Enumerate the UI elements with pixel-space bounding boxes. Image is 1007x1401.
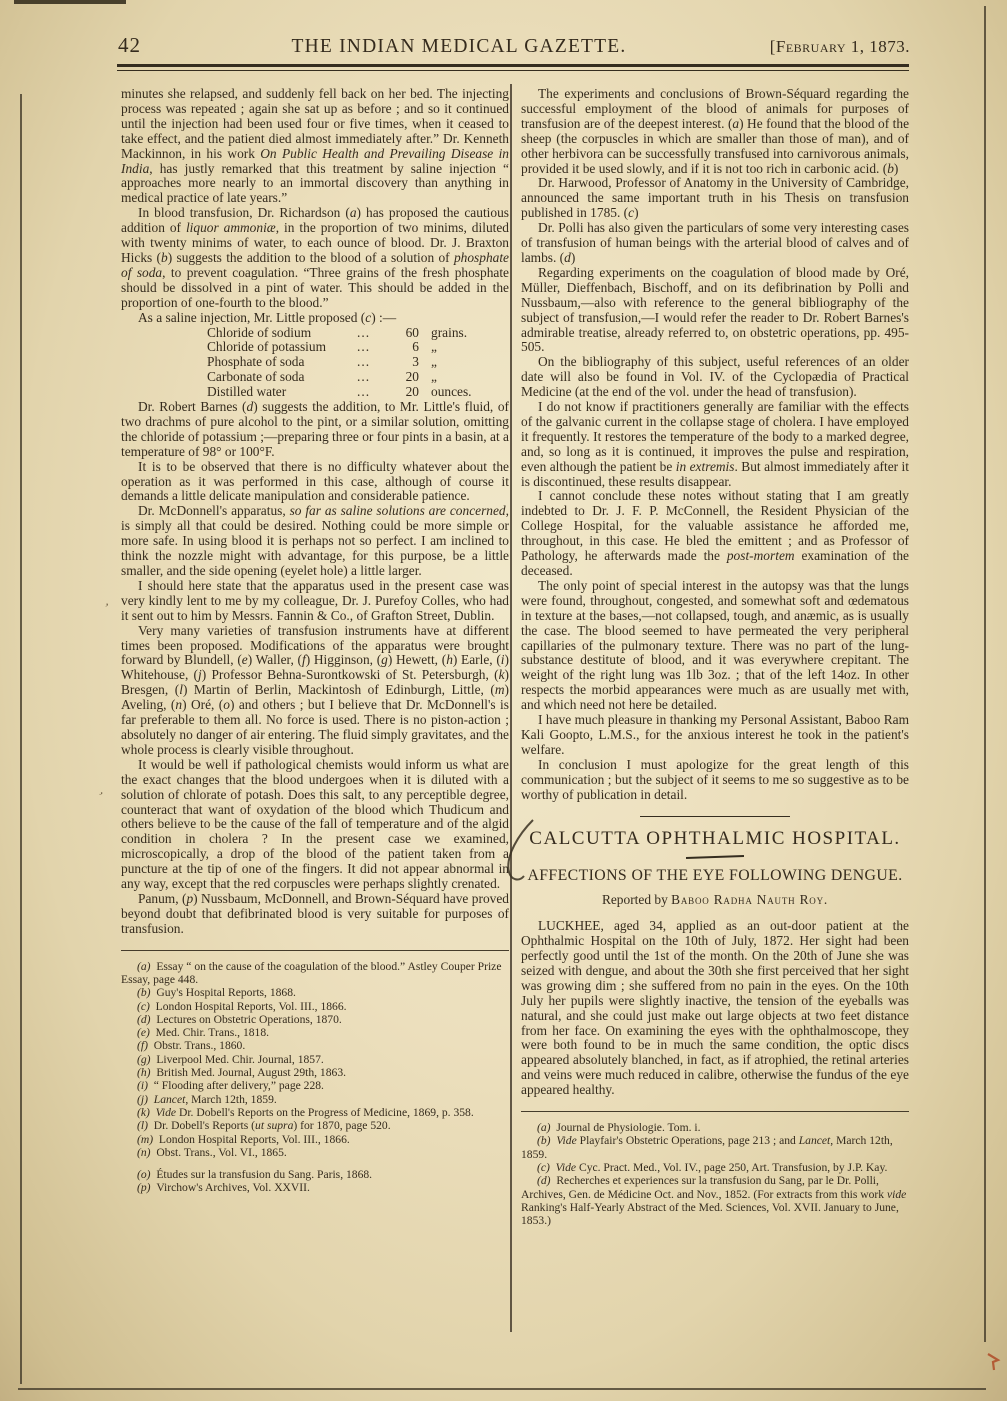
footnote: (o) Études sur la transfusion du Sang. P… <box>121 1168 509 1181</box>
footnote-label: (d) <box>537 1174 551 1187</box>
footnote: (h) British Med. Journal, August 29th, 1… <box>121 1066 509 1079</box>
footnote: (g) Liverpool Med. Chir. Journal, 1857. <box>121 1053 509 1066</box>
paragraph: In conclusion I must apologize for the g… <box>521 758 909 803</box>
substance-name: Chloride of potassium <box>207 340 357 355</box>
section-divider-rule <box>640 816 790 817</box>
dots-leader: ... <box>357 385 395 400</box>
issue-date: [February 1, 1873. <box>710 37 910 57</box>
substance-name: Distilled water <box>207 385 357 400</box>
hospital-heading-text: CALCUTTA OPHTHALMIC HOSPITAL. <box>529 828 900 849</box>
left-column-text-bottom: Dr. Robert Barnes (d) suggests the addit… <box>121 400 509 937</box>
heading-underline-rule <box>686 855 744 859</box>
footnote: (a) Journal de Physiologie. Tom. i. <box>521 1121 909 1134</box>
footnote-separator-rule <box>121 950 509 951</box>
footnote: (n) Obst. Trans., Vol. VI., 1865. <box>121 1146 509 1159</box>
footnote: (p) Virchow's Archives, Vol. XXVII. <box>121 1181 509 1194</box>
paragraph: On the bibliography of this subject, use… <box>521 355 909 400</box>
footnote: (j) Lancet, March 12th, 1859. <box>121 1093 509 1106</box>
paragraph: The only point of special interest in th… <box>521 579 909 713</box>
article-heading: AFFECTIONS OF THE EYE FOLLOWING DENGUE. <box>521 869 909 884</box>
footnote-separator-rule <box>521 1111 909 1112</box>
page-left-rule <box>20 94 22 1384</box>
footnote: (d) Lectures on Obstetric Operations, 18… <box>121 1013 509 1026</box>
right-column: The experiments and conclusions of Brown… <box>521 87 909 1227</box>
paragraph: I have much pleasure in thanking my Pers… <box>521 713 909 758</box>
table-row: Chloride of potassium...6„ <box>121 340 509 355</box>
footnote: (k) Vide Dr. Dobell's Reports on the Pro… <box>121 1106 509 1119</box>
dots-leader: ... <box>357 370 395 385</box>
paragraph: As a saline injection, Mr. Little propos… <box>121 311 509 326</box>
paragraph: Very many varieties of transfusion instr… <box>121 624 509 758</box>
scanned-journal-page: ’ ’ 42 THE INDIAN MEDICAL GAZETTE. [Febr… <box>0 0 1007 1401</box>
paragraph: In blood transfusion, Dr. Richardson (a)… <box>121 206 509 310</box>
footnote-label: (e) <box>137 1026 150 1039</box>
article-body: LUCKHEE, aged 34, applied as an out-door… <box>521 919 909 1098</box>
paragraph: I should here state that the apparatus u… <box>121 579 509 624</box>
page-header: 42 THE INDIAN MEDICAL GAZETTE. [February… <box>118 33 910 58</box>
quantity-value: 20 <box>395 385 419 400</box>
right-column-text: The experiments and conclusions of Brown… <box>521 87 909 803</box>
footnote: (b) Vide Playfair's Obstetric Operations… <box>521 1134 909 1161</box>
footnote-label: (c) <box>537 1161 550 1174</box>
footnote: (m) London Hospital Reports, Vol. III., … <box>121 1133 509 1146</box>
footnote-label: (p) <box>137 1181 151 1194</box>
paragraph: minutes she relapsed, and suddenly fell … <box>121 87 509 206</box>
footnote-label: (g) <box>137 1053 151 1066</box>
paragraph: Dr. Harwood, Professor of Anatomy in the… <box>521 176 909 221</box>
table-row: Phosphate of soda...3„ <box>121 355 509 370</box>
footnote-label: (l) <box>137 1119 148 1132</box>
pen-checkmark-icon <box>493 818 539 890</box>
saline-injection-table: Chloride of sodium...60grains.Chloride o… <box>121 326 509 401</box>
table-row: Carbonate of soda...20„ <box>121 370 509 385</box>
footnote: (i) “ Flooding after delivery,” page 228… <box>121 1079 509 1092</box>
footnote-label: (b) <box>137 986 151 999</box>
footnote-label: (k) <box>137 1106 150 1119</box>
quantity-value: 3 <box>395 355 419 370</box>
quantity-unit: „ <box>419 340 437 355</box>
left-column: minutes she relapsed, and suddenly fell … <box>121 87 509 1195</box>
paragraph: Dr. Polli has also given the particulars… <box>521 221 909 266</box>
quantity-value: 60 <box>395 326 419 341</box>
byline-author: Baboo Radha Nauth Roy. <box>671 892 828 907</box>
paragraph: It is to be observed that there is no di… <box>121 460 509 505</box>
quantity-value: 20 <box>395 370 419 385</box>
paragraph: LUCKHEE, aged 34, applied as an out-door… <box>521 919 909 1098</box>
byline: Reported by Baboo Radha Nauth Roy. <box>521 893 909 908</box>
hospital-section-heading: CALCUTTA OPHTHALMIC HOSPITAL. <box>521 832 909 847</box>
quantity-unit: „ <box>419 370 437 385</box>
dots-leader: ... <box>357 355 395 370</box>
right-footnotes: (a) Journal de Physiologie. Tom. i.(b) V… <box>521 1121 909 1227</box>
column-divider-rule <box>510 84 512 1332</box>
table-row: Distilled water...20ounces. <box>121 385 509 400</box>
red-pen-mark-icon <box>986 1352 1002 1372</box>
page-right-rule <box>984 6 986 1342</box>
table-row: Chloride of sodium...60grains. <box>121 326 509 341</box>
footnote-label: (c) <box>137 1000 150 1013</box>
footnote-label: (d) <box>137 1013 151 1026</box>
substance-name: Carbonate of soda <box>207 370 357 385</box>
ink-speck: ’ <box>102 600 110 617</box>
footnote: (a) Essay “ on the cause of the coagulat… <box>121 960 509 987</box>
quantity-unit: „ <box>419 355 437 370</box>
footnote: (c) London Hospital Reports, Vol. III., … <box>121 1000 509 1013</box>
paragraph: It would be well if pathological chemist… <box>121 758 509 892</box>
left-column-text-top: minutes she relapsed, and suddenly fell … <box>121 87 509 326</box>
masthead-title: THE INDIAN MEDICAL GAZETTE. <box>208 36 710 58</box>
page-number: 42 <box>118 33 208 58</box>
footnote-label: (i) <box>137 1079 148 1092</box>
dots-leader: ... <box>357 326 395 341</box>
footnote-label: (h) <box>137 1066 151 1079</box>
paragraph: Regarding experiments on the coagulation… <box>521 266 909 355</box>
footnote: (l) Dr. Dobell's Reports (ut supra) for … <box>121 1119 509 1132</box>
quantity-unit: ounces. <box>419 385 472 400</box>
footnote-label: (b) <box>537 1134 551 1147</box>
footnote: (f) Obstr. Trans., 1860. <box>121 1039 509 1052</box>
paragraph: Dr. McDonnell's apparatus, so far as sal… <box>121 504 509 579</box>
footnote-label: (a) <box>537 1121 551 1134</box>
footnote: (b) Guy's Hospital Reports, 1868. <box>121 986 509 999</box>
paragraph: I do not know if practitioners generally… <box>521 400 909 489</box>
quantity-value: 6 <box>395 340 419 355</box>
quantity-unit: grains. <box>419 326 467 341</box>
byline-prefix: Reported by <box>602 892 671 907</box>
footnote-label: (n) <box>137 1146 151 1159</box>
footnote: (d) Recherches et experiences sur la tra… <box>521 1174 909 1227</box>
scan-edge-artifact <box>14 0 126 4</box>
paragraph: Panum, (p) Nussbaum, McDonnell, and Brow… <box>121 892 509 937</box>
footnote-label: (j) <box>137 1093 148 1106</box>
paragraph: I cannot conclude these notes without st… <box>521 489 909 578</box>
footnote: (c) Vide Cyc. Pract. Med., Vol. IV., pag… <box>521 1161 909 1174</box>
ink-speck: ’ <box>92 788 106 803</box>
paragraph: The experiments and conclusions of Brown… <box>521 87 909 176</box>
footnote-label: (m) <box>137 1133 153 1146</box>
left-footnotes: (a) Essay “ on the cause of the coagulat… <box>121 960 509 1195</box>
footnote-label: (o) <box>137 1168 151 1181</box>
footnote-label: (a) <box>137 960 151 973</box>
footnote: (e) Med. Chir. Trans., 1818. <box>121 1026 509 1039</box>
substance-name: Chloride of sodium <box>207 326 357 341</box>
footnote-label: (f) <box>137 1039 148 1052</box>
header-rule <box>117 64 909 71</box>
page-bottom-rule <box>18 1388 986 1390</box>
dots-leader: ... <box>357 340 395 355</box>
substance-name: Phosphate of soda <box>207 355 357 370</box>
paragraph: Dr. Robert Barnes (d) suggests the addit… <box>121 400 509 460</box>
